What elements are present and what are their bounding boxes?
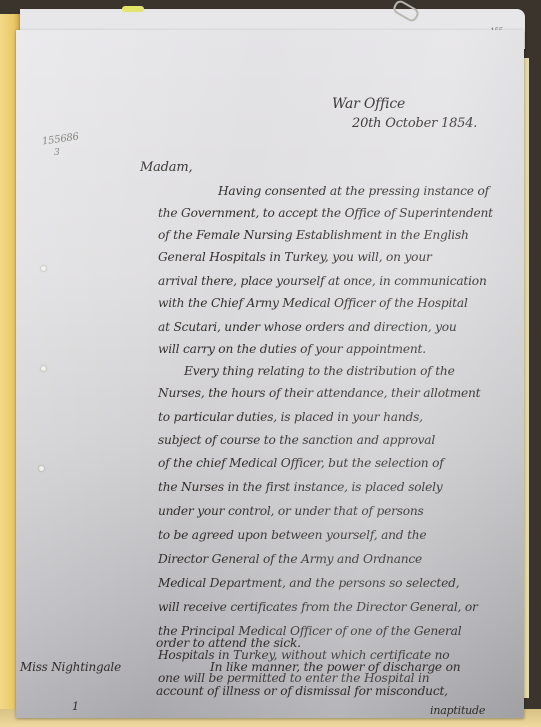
body-line: of the chief Medical Officer, but the se… <box>158 456 444 470</box>
addressee: Miss Nightingale <box>20 660 121 674</box>
page-mark: 1 <box>72 700 79 713</box>
yellow-tab <box>122 6 144 12</box>
body-line: the Nurses in the first instance, is pla… <box>158 480 442 494</box>
body-line: the Government, to accept the Office of … <box>158 206 493 220</box>
body-line: Director General of the Army and Ordnanc… <box>158 552 422 566</box>
body-line: In like manner, the power of discharge o… <box>210 660 460 674</box>
body-line: account of illness or of dismissal for m… <box>156 684 448 698</box>
body-line: Having consented at the pressing instanc… <box>218 184 489 198</box>
body-line: of the Female Nursing Establishment in t… <box>158 228 469 242</box>
letter-place: War Office <box>332 96 405 112</box>
body-line: will carry on the duties of your appoint… <box>158 342 426 356</box>
body-line: at Scutari, under whose orders and direc… <box>158 320 457 334</box>
body-line: Medical Department, and the persons so s… <box>158 576 459 590</box>
reference-sub: 3 <box>54 148 60 158</box>
reference-number: 155686 <box>41 131 79 147</box>
body-line: Nurses, the hours of their attendance, t… <box>158 386 480 400</box>
body-line: under your control, or under that of per… <box>158 504 424 518</box>
binding-hole <box>41 366 46 371</box>
body-line: General Hospitals in Turkey, you will, o… <box>158 250 432 264</box>
binding-hole <box>39 466 44 471</box>
letter-page: War Office 20th October 1854. 155686 3 M… <box>16 30 524 718</box>
body-line: to be agreed upon between yourself, and … <box>158 528 426 542</box>
binding-hole <box>41 266 46 271</box>
body-line: with the Chief Army Medical Officer of t… <box>158 296 468 310</box>
body-line: to particular duties, is placed in your … <box>158 410 423 424</box>
body-line: order to attend the sick. <box>156 636 301 650</box>
letter-date: 20th October 1854. <box>352 116 477 131</box>
body-line: subject of course to the sanction and ap… <box>158 433 435 447</box>
catchword: inaptitude <box>430 704 485 717</box>
body-line: will receive certificates from the Direc… <box>158 600 478 614</box>
body-line: arrival there, place yourself at once, i… <box>158 274 487 288</box>
body-line: Every thing relating to the distribution… <box>184 364 455 378</box>
salutation: Madam, <box>140 160 192 175</box>
